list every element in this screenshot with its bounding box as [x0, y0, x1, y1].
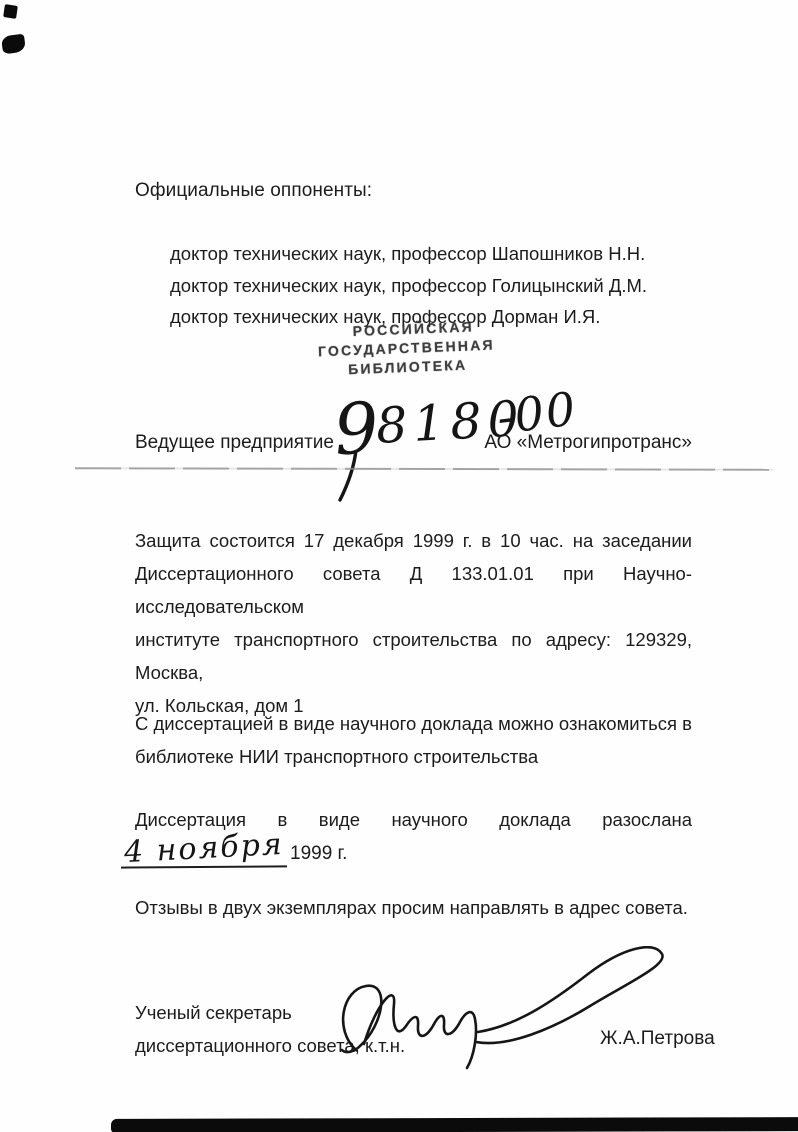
defense-paragraph: Защита состоится 17 декабря 1999 г. в 10… [135, 524, 692, 722]
signature-stroke [326, 946, 674, 1074]
opponent-item: доктор технических наук, профессор Шапош… [170, 238, 647, 270]
reviews-note: Отзывы в двух экземплярах просим направл… [135, 897, 688, 919]
scanned-document-page: Официальные оппоненты: доктор технически… [0, 0, 798, 1132]
scan-artifact-bottom-band [111, 1117, 798, 1132]
familiarize-paragraph: С диссертацией в виде научного доклада м… [135, 707, 692, 773]
handwritten-nine-tail [336, 450, 366, 502]
handwritten-date: 4 ноября [123, 827, 284, 870]
paragraph-line: Защита состоится 17 декабря 1999 г. в 10… [135, 524, 692, 557]
paragraph-line: институте транспортного строительства по… [135, 623, 692, 689]
paragraph-line: Диссертационного совета Д 133.01.01 при … [135, 557, 692, 623]
date-year: 1999 г. [290, 843, 347, 865]
leading-org-value: АО «Метрогипротранс» [135, 432, 692, 454]
paragraph-line: С диссертацией в виде научного доклада м… [135, 707, 692, 740]
scan-artifact-top-left-1 [3, 4, 18, 19]
opponents-list: доктор технических наук, профессор Шапош… [170, 238, 647, 333]
horizontal-rule [75, 467, 773, 470]
paragraph-line: библиотеке НИИ транспортного строительст… [135, 740, 692, 773]
secretary-name: Ж.А.Петрова [600, 1028, 715, 1050]
library-stamp: РОССИЙСКАЯ ГОСУДАРСТВЕННАЯ БИБЛИОТЕКА [317, 317, 495, 381]
opponents-header: Официальные оппоненты: [135, 174, 372, 207]
date-underline [121, 865, 287, 868]
scan-artifact-top-left-2 [1, 34, 26, 55]
opponent-item: доктор технических наук, профессор Голиц… [170, 270, 647, 302]
